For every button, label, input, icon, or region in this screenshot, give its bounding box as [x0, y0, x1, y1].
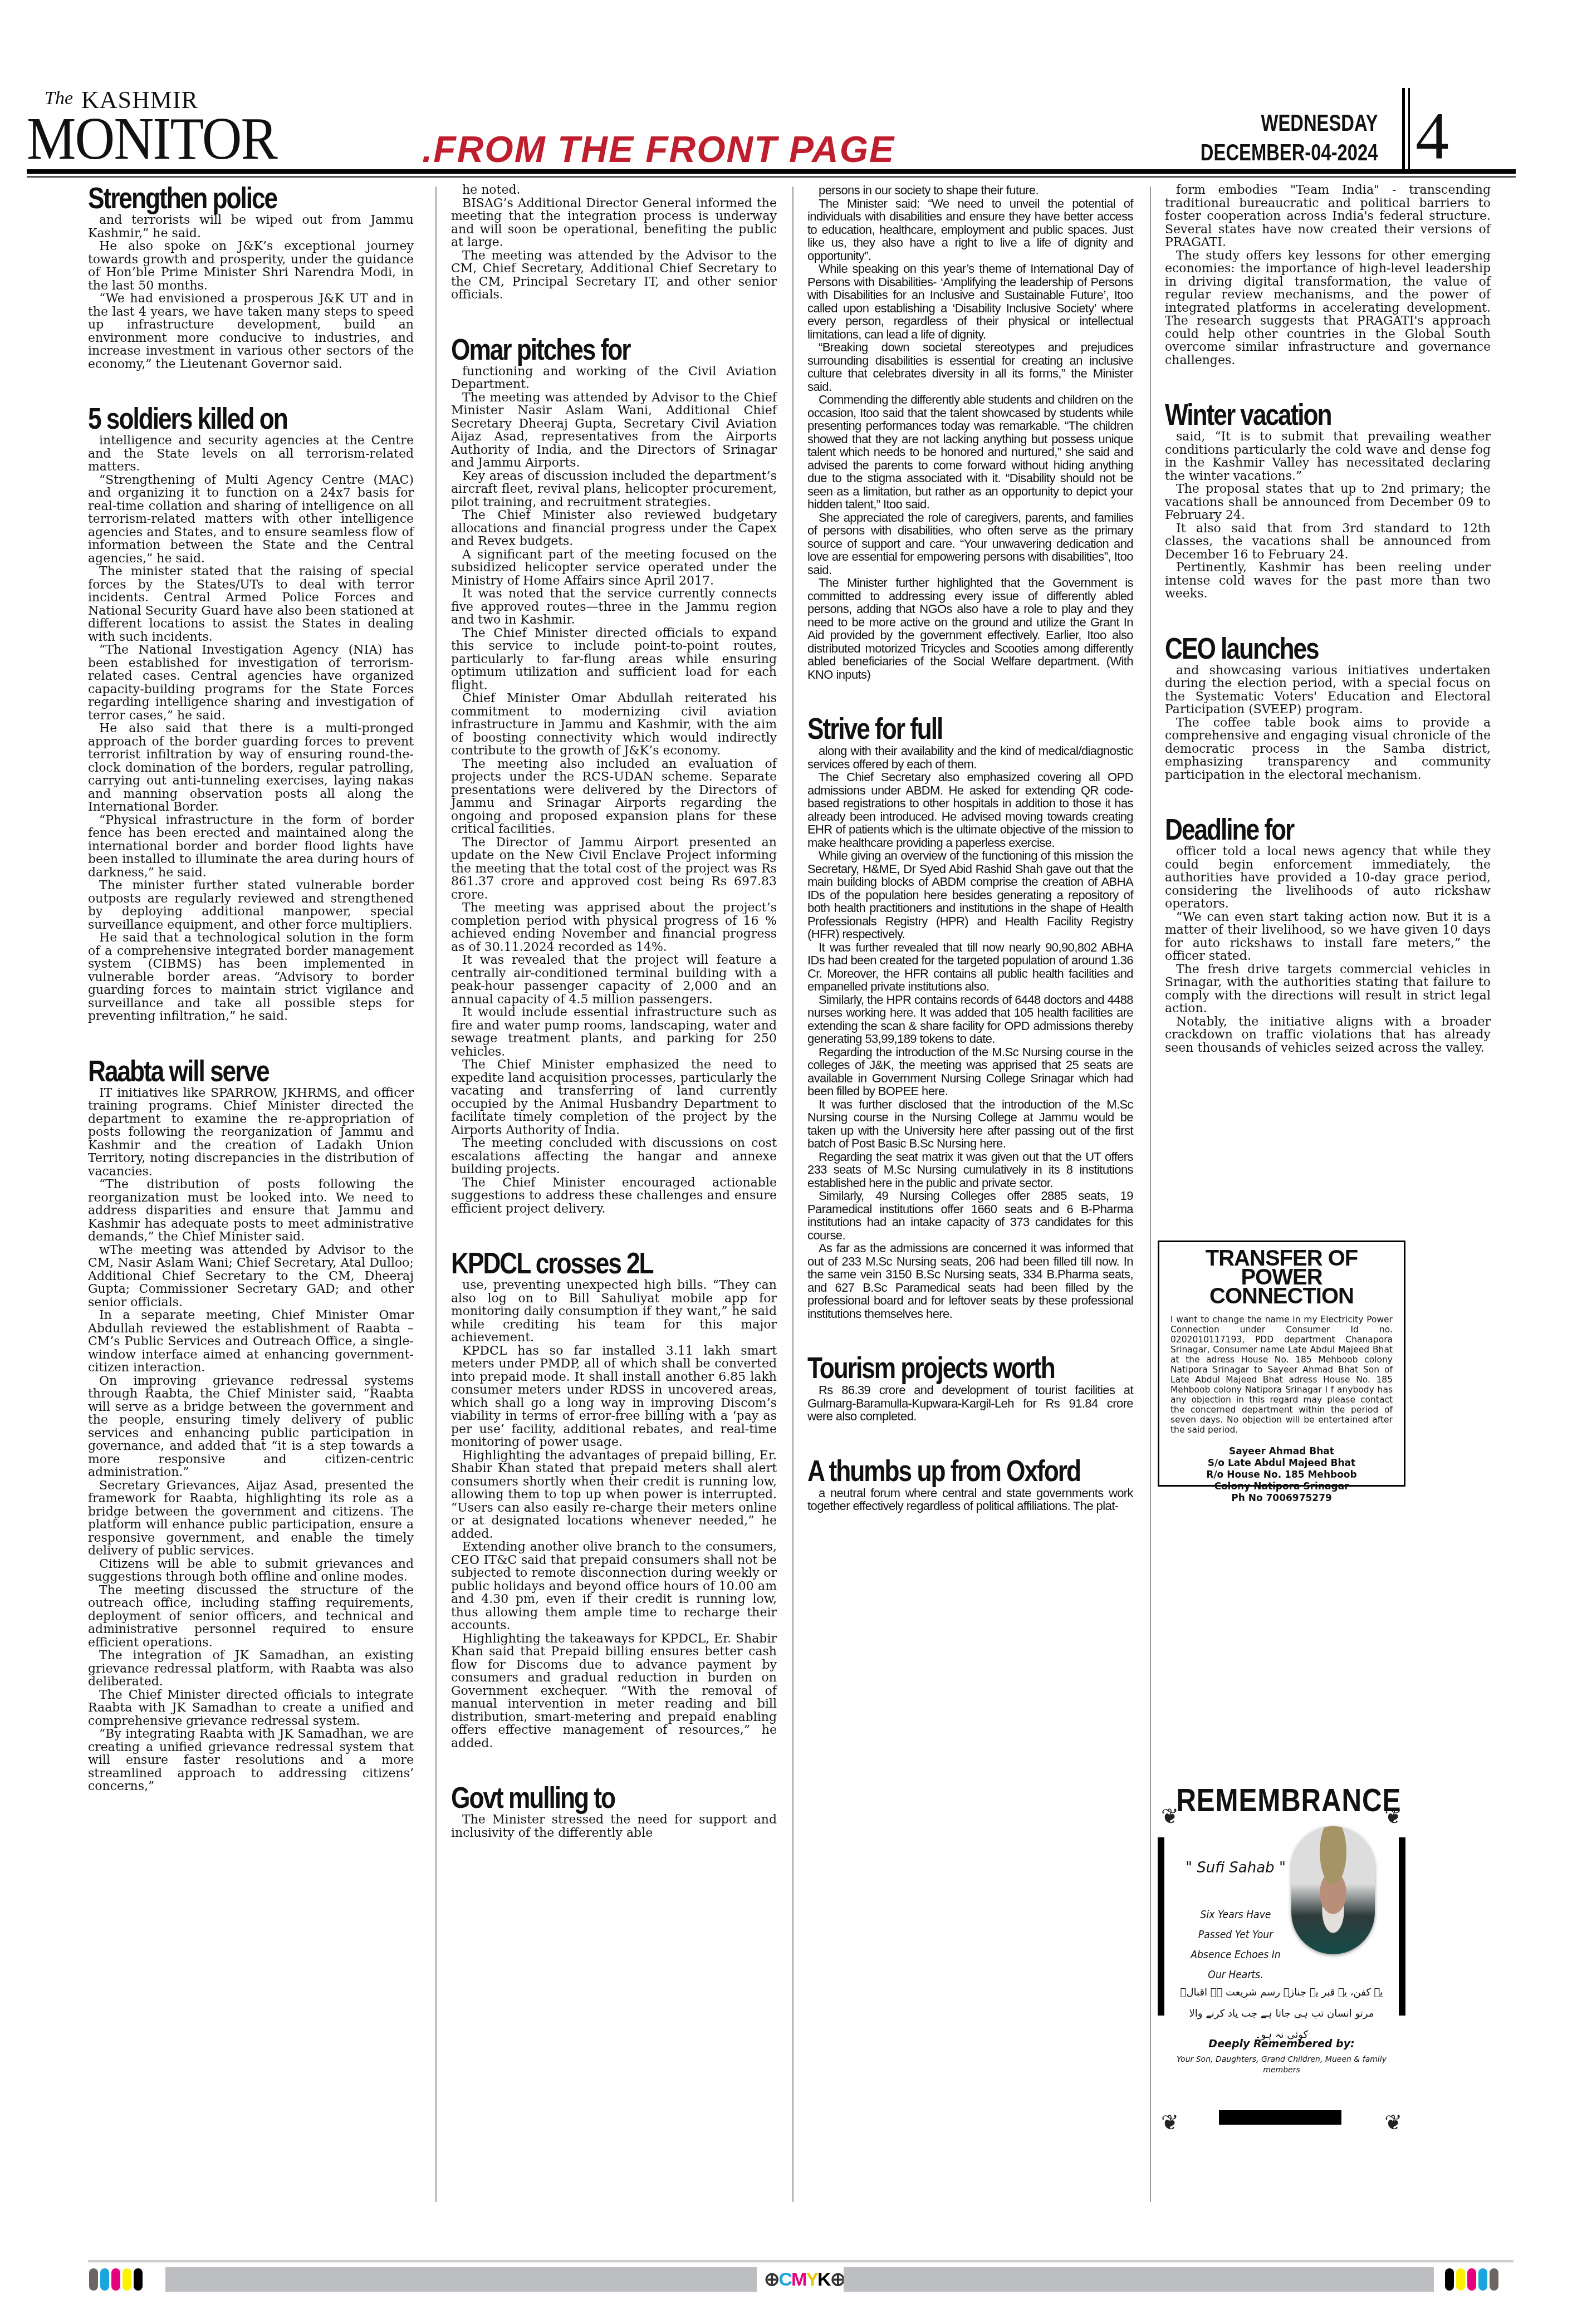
article-paragraph: The meeting was apprised about the proje… — [451, 901, 777, 954]
article-paragraph: along with their availability and the ki… — [807, 744, 1133, 771]
article: Omar pitches forfunctioning and working … — [451, 335, 777, 1216]
article: Tourism projects worthRs 86.39 crore and… — [807, 1354, 1133, 1423]
article-paragraph: The coffee table book aims to provide a … — [1165, 717, 1491, 782]
footer-grey-bar-right — [844, 2267, 1434, 2292]
issue-date: DECEMBER-04-2024 — [1200, 138, 1378, 168]
article-headline: 5 soldiers killed on — [88, 404, 355, 433]
article-paragraph: While giving an overview of the function… — [807, 849, 1133, 941]
article-paragraph: BISAG’s Additional Director General info… — [451, 197, 777, 249]
article-gap — [451, 1750, 777, 1783]
page-number-divider — [1402, 88, 1410, 171]
dateline: WEDNESDAY DECEMBER-04-2024 — [1200, 109, 1378, 168]
signer-parent: S/o Late Abdul Majeed Bhat — [1170, 1458, 1393, 1469]
article-paragraph: wThe meeting was attended by Advisor to … — [88, 1244, 414, 1310]
article-paragraph: He also spoke on J&K’s exceptional journ… — [88, 240, 414, 292]
article-gap — [1165, 367, 1491, 400]
article-headline: KPDCL crosses 2L — [451, 1249, 718, 1278]
article-gap — [88, 371, 414, 404]
article: Govt mulling toThe Minister stressed the… — [451, 1783, 777, 1840]
article: Raabta will serveIT initiatives like SPA… — [88, 1057, 414, 1793]
article-paragraph: Regarding the introduction of the M.Sc N… — [807, 1046, 1133, 1098]
article-paragraph: KPDCL has so far installed 3.11 lakh sma… — [451, 1345, 777, 1449]
article-paragraph: The meeting also included an evaluation … — [451, 758, 777, 836]
frame-bar-right — [1399, 1837, 1405, 2016]
registration-dot — [1456, 2268, 1465, 2291]
cmyk-mark: ⊕CMYK⊕ — [764, 2267, 845, 2292]
article-paragraph: The integration of JK Samadhan, an exist… — [88, 1649, 414, 1689]
article-paragraph: The meeting was attended by Advisor to t… — [451, 391, 777, 470]
article: form embodies "Team India" - transcendin… — [1165, 184, 1491, 367]
article-paragraph: functioning and working of the Civil Avi… — [451, 365, 777, 391]
article-paragraph: He said that a technological solution in… — [88, 931, 414, 1023]
article-paragraph: Secretary Grievances, Aijaz Asad, presen… — [88, 1479, 414, 1558]
article-paragraph: On improving grievance redressal systems… — [88, 1375, 414, 1479]
article-gap — [807, 681, 1133, 714]
article-paragraph: The Chief Minister directed officials to… — [451, 627, 777, 693]
article-paragraph: “By integrating Raabta with JK Samadhan,… — [88, 1728, 414, 1793]
article-paragraph: The Minister stressed the need for suppo… — [451, 1813, 777, 1840]
signer-name: Sayeer Ahmad Bhat — [1170, 1446, 1393, 1458]
article-paragraph: Pertinently, Kashmir has been reeling un… — [1165, 561, 1491, 601]
article-paragraph: Extending another olive branch to the co… — [451, 1541, 777, 1632]
masthead-rule — [27, 169, 1516, 174]
article-paragraph: Rs 86.39 crore and development of touris… — [807, 1384, 1133, 1423]
article: he noted.BISAG’s Additional Director Gen… — [451, 184, 777, 302]
article-paragraph: It was noted that the service currently … — [451, 587, 777, 627]
article-paragraph: It was revealed that the project will fe… — [451, 954, 777, 1006]
ornament-icon: ❦ — [1161, 2110, 1179, 2135]
signer-address-2: Colony Natipora Srinagar — [1170, 1481, 1393, 1493]
article-gap — [807, 1320, 1133, 1354]
article-headline: Deadline for — [1165, 815, 1432, 844]
article-paragraph: He also said that there is a multi-prong… — [88, 722, 414, 814]
article-paragraph: In a separate meeting, Chief Minister Om… — [88, 1309, 414, 1375]
article-paragraph: The proposal states that up to 2nd prima… — [1165, 483, 1491, 522]
registration-dot — [1445, 2268, 1454, 2291]
article: Deadline forofficer told a local news ag… — [1165, 815, 1491, 1055]
article-paragraph: Regarding the seat matrix it was given o… — [807, 1150, 1133, 1190]
notice-title: TRANSFER OF POWER CONNECTION — [1170, 1249, 1393, 1306]
article-headline: Tourism projects worth — [807, 1354, 1075, 1382]
ornament-icon: ❦ — [1384, 2110, 1402, 2135]
urdu-line-1: یہ کفن، یہ قبر یہ جنازے رسم شریعت ہے اقب… — [1180, 1982, 1383, 2003]
article: persons in our society to shape their fu… — [807, 184, 1133, 681]
article-gap — [451, 302, 777, 335]
portrait-photo — [1291, 1826, 1375, 1954]
frame-bar-left — [1158, 1837, 1164, 2016]
article-paragraph: Similarly, the HPR contains records of 6… — [807, 993, 1133, 1046]
remembrance-ad: ❦ ❦ ❦ ❦ REMEMBRANCE " Sufi Sahab " Six Y… — [1158, 1492, 1405, 2210]
article-paragraph: IT initiatives like SPARROW, JKHRMS, and… — [88, 1087, 414, 1179]
article-paragraph: Notably, the initiative aligns with a br… — [1165, 1016, 1491, 1055]
article-paragraph: The meeting concluded with discussions o… — [451, 1137, 777, 1176]
registration-dot — [1490, 2268, 1498, 2291]
article-paragraph: Similarly, 49 Nursing Colleges offer 288… — [807, 1189, 1133, 1242]
article-paragraph: “We can even start taking action now. Bu… — [1165, 911, 1491, 963]
article-paragraph: persons in our society to shape their fu… — [807, 184, 1133, 197]
article-paragraph: It also said that from 3rd standard to 1… — [1165, 522, 1491, 562]
remembered-by-label: Deeply Remembered by: — [1158, 2038, 1405, 2050]
color-registration-dots-left — [89, 2268, 143, 2291]
article-paragraph: “Breaking down societal stereotypes and … — [807, 341, 1133, 393]
article-paragraph: and showcasing various initiatives under… — [1165, 664, 1491, 717]
article-paragraph: use, preventing unexpected high bills. “… — [451, 1279, 777, 1345]
article-paragraph: a neutral forum where central and state … — [807, 1487, 1133, 1513]
article: CEO launchesand showcasing various initi… — [1165, 634, 1491, 782]
article-paragraph: Key areas of discussion included the dep… — [451, 470, 777, 509]
column-4: form embodies "Team India" - transcendin… — [1165, 184, 1491, 1055]
article-paragraph: Citizens will be able to submit grievanc… — [88, 1558, 414, 1584]
article-paragraph: While speaking on this year’s theme of I… — [807, 262, 1133, 341]
article: A thumbs up from Oxforda neutral forum w… — [807, 1457, 1133, 1513]
article-paragraph: The Chief Minister directed officials to… — [88, 1689, 414, 1728]
article-paragraph: “The National Investigation Agency (NIA)… — [88, 644, 414, 722]
article-paragraph: The fresh drive targets commercial vehic… — [1165, 963, 1491, 1016]
remembrance-verse: Six Years Have Passed Yet Your Absence E… — [1183, 1904, 1288, 1984]
article-paragraph: officer told a local news agency that wh… — [1165, 845, 1491, 911]
article-paragraph: As far as the admissions are concerned i… — [807, 1242, 1133, 1320]
article-paragraph: he noted. — [451, 184, 777, 197]
remembered-name: " Sufi Sahab " — [1186, 1860, 1286, 1876]
weekday: WEDNESDAY — [1200, 109, 1378, 138]
article-paragraph: “Strengthening of Multi Agency Centre (M… — [88, 474, 414, 566]
article-gap — [1165, 601, 1491, 634]
article-paragraph: The Minister further highlighted that th… — [807, 576, 1133, 681]
column-divider — [792, 187, 793, 2202]
article-paragraph: said, “It is to submit that prevailing w… — [1165, 430, 1491, 483]
article-paragraph: Highlighting the advantages of prepaid b… — [451, 1449, 777, 1541]
frame-bar-bottom — [1219, 2110, 1341, 2125]
registration-dot — [134, 2268, 143, 2291]
column-divider — [435, 187, 437, 2202]
article-gap — [807, 1423, 1133, 1457]
article-paragraph: The Minister said: “We need to unveil th… — [807, 197, 1133, 263]
article-headline: CEO launches — [1165, 634, 1432, 663]
color-registration-dots-right — [1445, 2268, 1498, 2291]
article-headline: Omar pitches for — [451, 335, 718, 364]
notice-body: I want to change the name in my Electric… — [1170, 1315, 1393, 1435]
urdu-couplet: یہ کفن، یہ قبر یہ جنازے رسم شریعت ہے اقب… — [1180, 1982, 1383, 2046]
article-paragraph: It was further disclosed that the introd… — [807, 1098, 1133, 1150]
article-paragraph: Chief Minister Omar Abdullah reiterated … — [451, 692, 777, 758]
article-headline: A thumbs up from Oxford — [807, 1457, 1075, 1485]
registration-dot — [89, 2268, 98, 2291]
article-paragraph: The meeting discussed the structure of t… — [88, 1584, 414, 1650]
column-2: he noted.BISAG’s Additional Director Gen… — [451, 184, 777, 1840]
article-paragraph: form embodies "Team India" - transcendin… — [1165, 184, 1491, 249]
footer-rule — [88, 2260, 1513, 2263]
signer-address-1: R/o House No. 185 Mehboob — [1170, 1469, 1393, 1481]
article-paragraph: “The distribution of posts following the… — [88, 1178, 414, 1244]
registration-dot — [1478, 2268, 1487, 2291]
article-paragraph: She appreciated the role of caregivers, … — [807, 511, 1133, 577]
article-headline: Strengthen police — [88, 184, 355, 213]
registration-dot — [111, 2268, 120, 2291]
article-headline: Strive for full — [807, 714, 1075, 743]
article-paragraph: The Director of Jammu Airport presented … — [451, 836, 777, 902]
article-paragraph: The study offers key lessons for other e… — [1165, 249, 1491, 367]
article-paragraph: The Chief Secretary also emphasized cove… — [807, 771, 1133, 849]
article-gap — [88, 1023, 414, 1057]
section-title: .FROM THE FRONT PAGE — [422, 128, 895, 170]
registration-dot — [1467, 2268, 1476, 2291]
article-headline: Raabta will serve — [88, 1057, 355, 1086]
article-paragraph: The Chief Minister encouraged actionable… — [451, 1176, 777, 1216]
article-gap — [1165, 782, 1491, 815]
page-number: 4 — [1415, 102, 1449, 169]
article-paragraph: “Physical infrastructure in the form of … — [88, 814, 414, 880]
footer-grey-bar-left — [165, 2267, 757, 2292]
article-paragraph: “We had envisioned a prosperous J&K UT a… — [88, 292, 414, 371]
registration-dot — [100, 2268, 109, 2291]
article-paragraph: The Chief Minister also reviewed budgeta… — [451, 509, 777, 548]
article-headline: Govt mulling to — [451, 1783, 718, 1812]
article-gap — [451, 1215, 777, 1249]
article: KPDCL crosses 2Luse, preventing unexpect… — [451, 1249, 777, 1750]
column-3: persons in our society to shape their fu… — [807, 184, 1133, 1513]
remembered-by-names: Your Son, Daughters, Grand Children, Mue… — [1174, 2055, 1389, 2076]
article-headline: Winter vacation — [1165, 400, 1432, 429]
registration-dot — [123, 2268, 131, 2291]
article: Strengthen policeand terrorists will be … — [88, 184, 414, 371]
article-paragraph: Highlighting the takeaways for KPDCL, Er… — [451, 1632, 777, 1751]
article-paragraph: It would include essential infrastructur… — [451, 1006, 777, 1058]
brand-monitor-logo: MONITOR — [27, 112, 277, 166]
article-paragraph: It was further revealed that till now ne… — [807, 941, 1133, 993]
article: Strive for fullalong with their availabi… — [807, 714, 1133, 1320]
article-paragraph: A significant part of the meeting focuse… — [451, 548, 777, 588]
remembrance-title: REMEMBRANCE — [1176, 1782, 1387, 1819]
classified-notice: TRANSFER OF POWER CONNECTION I want to c… — [1158, 1241, 1405, 1487]
column-divider — [1150, 187, 1151, 2202]
masthead-rule-thin — [27, 176, 1516, 178]
article-paragraph: and terrorists will be wiped out from Ja… — [88, 214, 414, 240]
article-paragraph: The minister stated that the raising of … — [88, 565, 414, 644]
masthead: The KASHMIR MONITOR .FROM THE FRONT PAGE… — [27, 84, 1516, 178]
column-1: Strengthen policeand terrorists will be … — [88, 184, 414, 1793]
article-paragraph: The minister further stated vulnerable b… — [88, 879, 414, 931]
article-paragraph: The meeting was attended by the Advisor … — [451, 249, 777, 302]
article: Winter vacationsaid, “It is to submit th… — [1165, 400, 1491, 601]
article: 5 soldiers killed onintelligence and sec… — [88, 404, 414, 1023]
article-paragraph: intelligence and security agencies at th… — [88, 434, 414, 474]
article-paragraph: Commending the differently able students… — [807, 393, 1133, 511]
article-paragraph: The Chief Minister emphasized the need t… — [451, 1058, 777, 1137]
